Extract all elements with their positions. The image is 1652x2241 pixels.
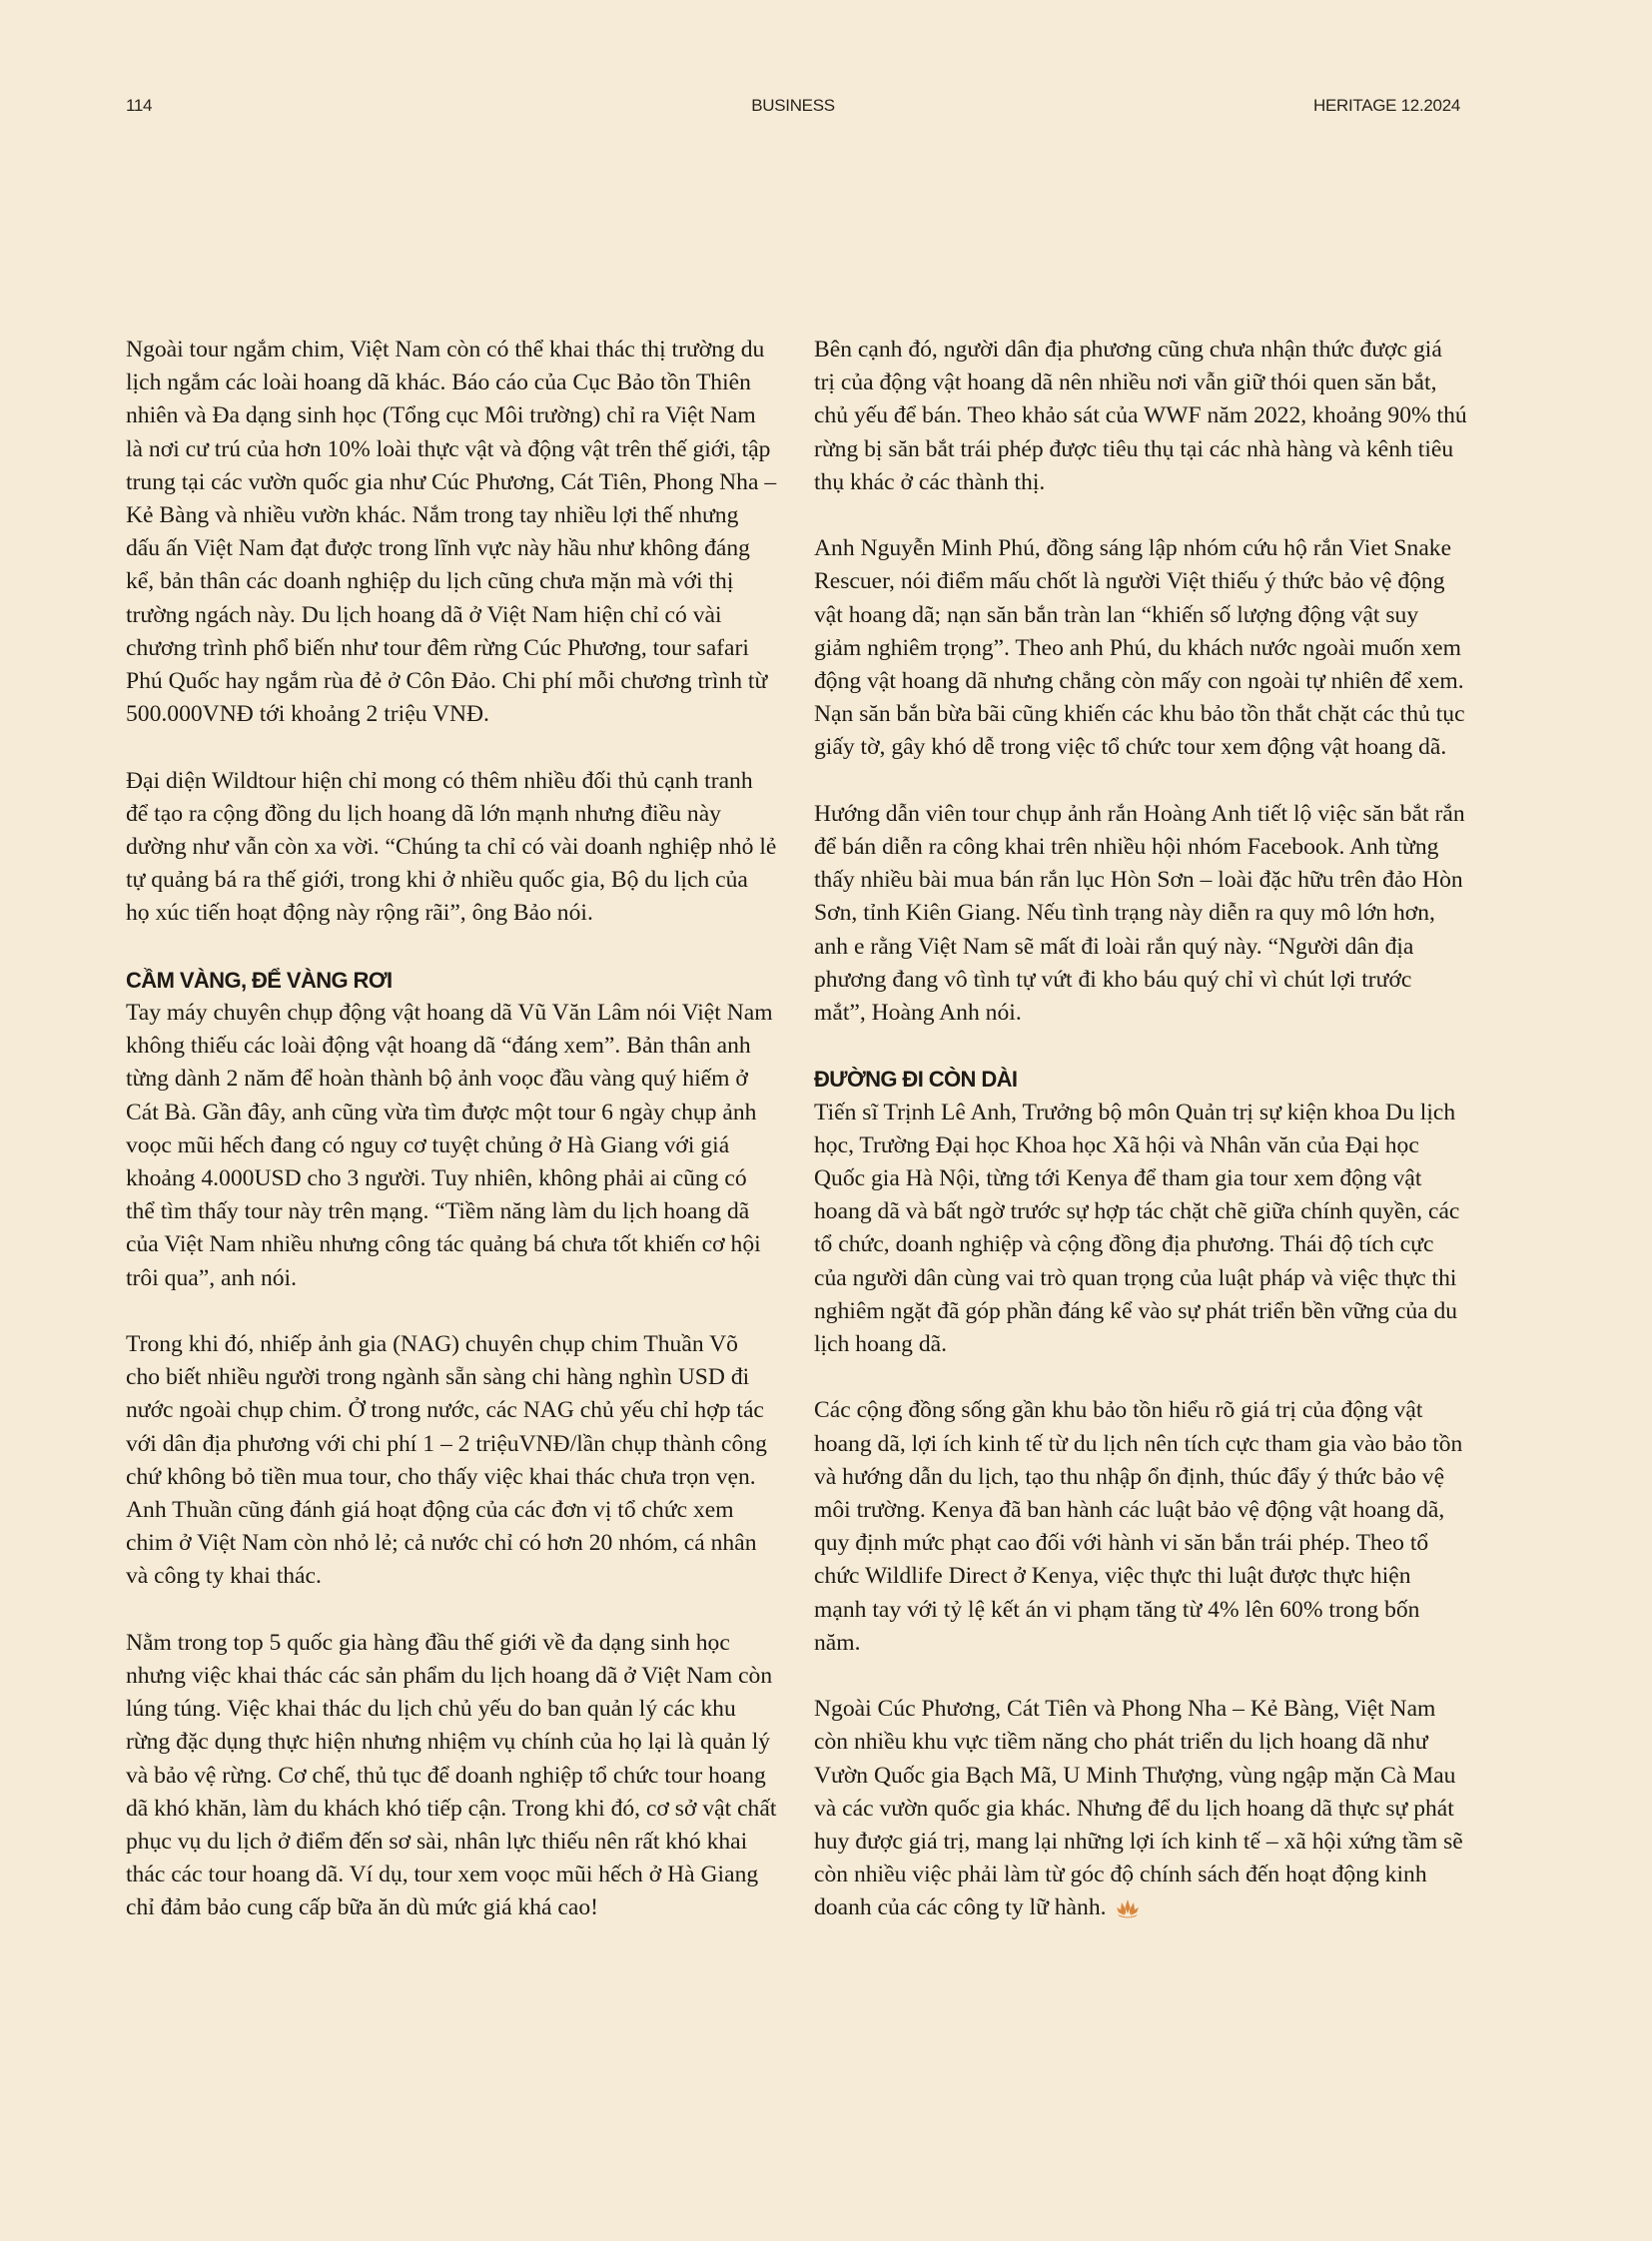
paragraph: Đại diện Wildtour hiện chỉ mong có thêm …: [126, 765, 777, 931]
paragraph: Tiến sĩ Trịnh Lê Anh, Trưởng bộ môn Quản…: [814, 1097, 1468, 1362]
section-heading: CẦM VÀNG, ĐỂ VÀNG RƠI: [126, 964, 777, 997]
page-number: 114: [126, 96, 152, 116]
page-header: 114 BUSINESS HERITAGE 12.2024: [126, 96, 1460, 120]
paragraph: Trong khi đó, nhiếp ảnh gia (NAG) chuyên…: [126, 1328, 777, 1594]
paragraph: Hướng dẫn viên tour chụp ảnh rắn Hoàng A…: [814, 798, 1468, 1030]
paragraph: Nằm trong top 5 quốc gia hàng đầu thế gi…: [126, 1627, 777, 1925]
issue-label: HERITAGE 12.2024: [1313, 96, 1460, 116]
article-column-right: Bên cạnh đó, người dân địa phương cũng c…: [814, 334, 1468, 1925]
article-column-left: Ngoài tour ngắm chim, Việt Nam còn có th…: [126, 334, 777, 1925]
paragraph: Tay máy chuyên chụp động vật hoang dã Vũ…: [126, 997, 777, 1295]
paragraph: Bên cạnh đó, người dân địa phương cũng c…: [814, 334, 1468, 499]
section-heading: ĐƯỜNG ĐI CÒN DÀI: [814, 1063, 1468, 1096]
section-title: BUSINESS: [751, 96, 835, 116]
lotus-icon: [1115, 1898, 1141, 1918]
paragraph: Các cộng đồng sống gần khu bảo tồn hiểu …: [814, 1394, 1468, 1660]
paragraph: Ngoài tour ngắm chim, Việt Nam còn có th…: [126, 334, 777, 731]
paragraph-text: Ngoài Cúc Phương, Cát Tiên và Phong Nha …: [814, 1696, 1463, 1920]
paragraph: Anh Nguyễn Minh Phú, đồng sáng lập nhóm …: [814, 532, 1468, 764]
final-paragraph: Ngoài Cúc Phương, Cát Tiên và Phong Nha …: [814, 1693, 1468, 1924]
